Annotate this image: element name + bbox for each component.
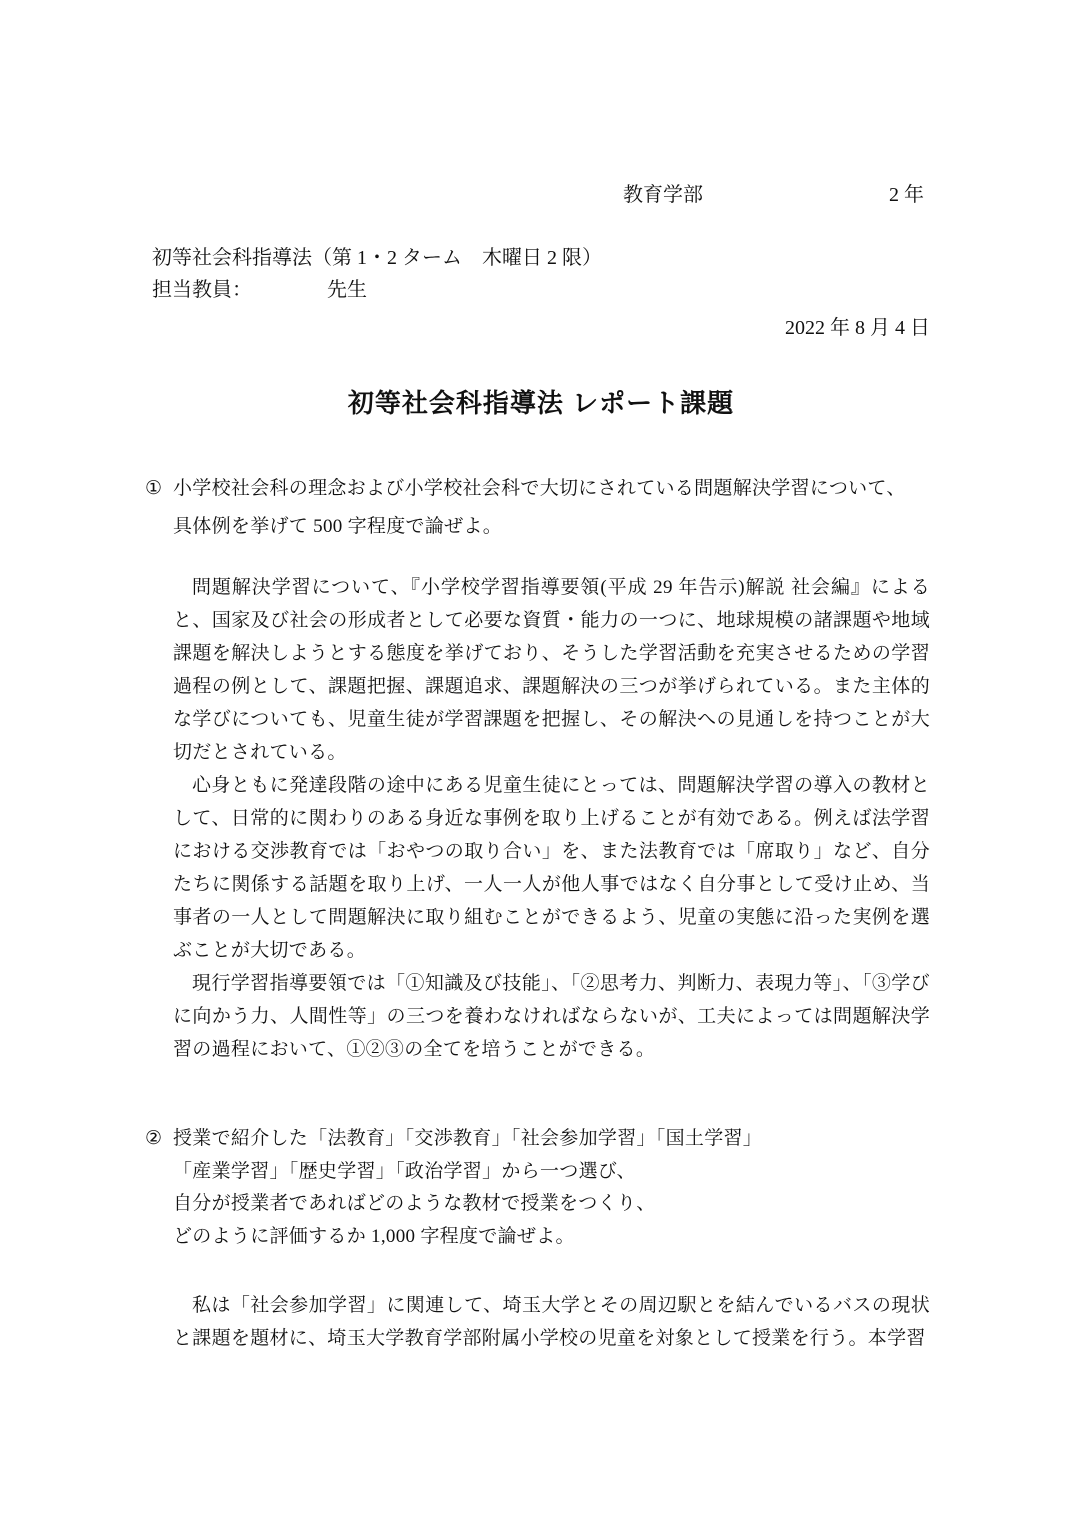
report-title: 初等社会科指導法 レポート課題 <box>152 383 930 423</box>
question-1: ① 小学校社会科の理念および小学校社会科で大切にされている問題解決学習について、… <box>173 470 930 546</box>
question-2-line-1: 授業で紹介した「法教育」「交渉教育」「社会参加学習」「国土学習」 <box>173 1123 930 1156</box>
question-2-line-4: どのように評価するか 1,000 字程度で論ぜよ。 <box>173 1221 930 1254</box>
answer-1-paragraph-1: 問題解決学習について、『小学校学習指導要領(平成 29 年告示)解説 社会編』に… <box>173 571 930 769</box>
question-1-block: ① 小学校社会科の理念および小学校社会科で大切にされている問題解決学習について、… <box>173 470 930 1066</box>
question-1-line-1: 小学校社会科の理念および小学校社会科で大切にされている問題解決学習について、 <box>173 470 930 508</box>
instructor-label: 担当教員： <box>152 279 252 301</box>
question-2-block: ② 授業で紹介した「法教育」「交渉教育」「社会参加学習」「国土学習」 「産業学習… <box>173 1123 930 1355</box>
instructor-line: 担当教員：先生 <box>152 277 930 303</box>
answer-1-paragraph-3: 現行学習指導要領では「①知識及び技能」、「②思考力、判断力、表現力等」、「③学び… <box>173 967 930 1066</box>
document-date: 2022 年 8 月 4 日 <box>152 315 930 341</box>
answer-1-paragraph-2: 心身ともに発達段階の途中にある児童生徒にとっては、問題解決学習の導入の教材として… <box>173 769 930 967</box>
grade-label: 2 年 <box>889 182 924 208</box>
question-1-text: 小学校社会科の理念および小学校社会科で大切にされている問題解決学習について、 具… <box>173 470 930 546</box>
answer-2: 私は「社会参加学習」に関連して、埼玉大学とその周辺駅とを結んでいるバスの現状と課… <box>173 1289 930 1355</box>
document-page: 教育学部 2 年 初等社会科指導法（第 1・2 ターム 木曜日 2 限） 担当教… <box>0 0 1076 1522</box>
question-2-line-3: 自分が授業者であればどのような教材で授業をつくり、 <box>173 1188 930 1221</box>
instructor-name: 先生 <box>327 279 367 301</box>
faculty-label: 教育学部 <box>623 182 703 208</box>
question-2: ② 授業で紹介した「法教育」「交渉教育」「社会参加学習」「国土学習」 「産業学習… <box>173 1123 930 1253</box>
question-1-number: ① <box>145 470 173 546</box>
header-row: 教育学部 2 年 <box>152 182 930 208</box>
course-title: 初等社会科指導法（第 1・2 ターム 木曜日 2 限） <box>152 245 930 271</box>
answer-2-paragraph-1: 私は「社会参加学習」に関連して、埼玉大学とその周辺駅とを結んでいるバスの現状と課… <box>173 1289 930 1355</box>
question-2-number: ② <box>145 1123 173 1253</box>
question-2-line-2: 「産業学習」「歴史学習」「政治学習」から一つ選び、 <box>173 1156 930 1189</box>
answer-1: 問題解決学習について、『小学校学習指導要領(平成 29 年告示)解説 社会編』に… <box>173 571 930 1066</box>
question-2-text: 授業で紹介した「法教育」「交渉教育」「社会参加学習」「国土学習」 「産業学習」「… <box>173 1123 930 1253</box>
question-1-line-2: 具体例を挙げて 500 字程度で論ぜよ。 <box>173 508 930 546</box>
